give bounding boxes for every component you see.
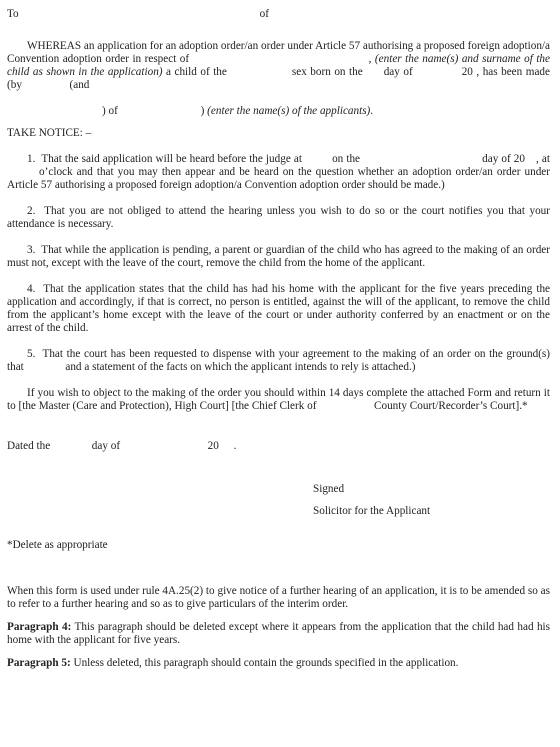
- text-run: of: [260, 8, 269, 20]
- delete-as-appropriate-note: *Delete as appropriate: [7, 539, 550, 552]
- text-run: Paragraph 4:: [7, 621, 71, 633]
- text-run: day of 20: [479, 153, 528, 165]
- dated-line: Dated the day of 20 .: [7, 440, 550, 453]
- text-run: Signed: [313, 483, 344, 495]
- rule-note: When this form is used under rule 4A.25(…: [7, 585, 550, 611]
- text-run: Dated the: [7, 440, 53, 452]
- notice-item-3: 3. That while the application is pending…: [7, 244, 550, 270]
- text-run: .: [370, 105, 373, 117]
- text-run: day of: [380, 66, 416, 78]
- text-run: .: [234, 440, 237, 452]
- text-run: , at: [536, 153, 550, 165]
- blank-field: [193, 61, 369, 62]
- objection-paragraph: If you wish to object to the making of t…: [7, 387, 550, 413]
- document-body: ToofWHEREAS an application for an adopti…: [7, 8, 550, 670]
- text-run: (and: [67, 79, 90, 91]
- text-run: ) of: [102, 105, 121, 117]
- text-run: 20: [205, 440, 222, 452]
- blank-field: [416, 74, 458, 75]
- blank-field: [123, 448, 205, 449]
- solicitor-line: Solicitor for the Applicant: [313, 505, 550, 518]
- blank-field: [19, 16, 260, 17]
- text-run: County Court/Recorder’s Court].*: [371, 400, 527, 412]
- blank-field: [305, 161, 329, 162]
- notice-item-4: 4. That the application states that the …: [7, 283, 550, 335]
- text-run: sex born on the: [288, 66, 366, 78]
- text-run: on the: [329, 153, 363, 165]
- blank-field: [366, 74, 380, 75]
- blank-field: [7, 174, 35, 175]
- text-run: Solicitor for the Applicant: [313, 505, 430, 517]
- text-run: day of: [89, 440, 123, 452]
- notice-item-2: 2. That you are not obliged to attend th…: [7, 205, 550, 231]
- whereas-paragraph: WHEREAS an application for an adoption o…: [7, 40, 550, 92]
- text-run: *Delete as appropriate: [7, 539, 108, 551]
- text-run: Unless deleted, this paragraph should co…: [71, 657, 459, 669]
- text-run: 1. That the said application will be hea…: [27, 153, 305, 165]
- blank-field: [121, 113, 201, 114]
- text-run: o’clock and that you may then appear and…: [7, 166, 550, 191]
- blank-field: [363, 161, 479, 162]
- notice-item-1: 1. That the said application will be hea…: [7, 153, 550, 192]
- text-run: TAKE NOTICE: –: [7, 127, 91, 139]
- to-line: Toof: [7, 8, 550, 21]
- text-run: 4. That the application states that the …: [7, 283, 550, 334]
- blank-field: [230, 74, 288, 75]
- blank-field: [319, 408, 371, 409]
- text-run: This paragraph should be deleted except …: [7, 621, 550, 646]
- paragraph-4-note: Paragraph 4: This paragraph should be de…: [7, 621, 550, 647]
- paragraph-5-note: Paragraph 5: Unless deleted, this paragr…: [7, 657, 550, 670]
- blank-field: [27, 369, 63, 370]
- take-notice-heading: TAKE NOTICE: –: [7, 127, 550, 140]
- text-run: 2. That you are not obliged to attend th…: [7, 205, 550, 230]
- text-run: and a statement of the facts on which th…: [63, 361, 416, 373]
- signed-line: Signed: [313, 483, 550, 496]
- blank-field: [25, 87, 67, 88]
- document-page: ToofWHEREAS an application for an adopti…: [0, 0, 560, 747]
- text-run: To: [7, 8, 19, 20]
- text-run: Paragraph 5:: [7, 657, 71, 669]
- text-run: a child of the: [163, 66, 231, 78]
- blank-field: [222, 448, 234, 449]
- notice-item-5: 5. That the court has been requested to …: [7, 348, 550, 374]
- blank-field: [53, 448, 89, 449]
- text-run: When this form is used under rule 4A.25(…: [7, 585, 550, 610]
- text-run: (enter the name(s) of the applicants): [207, 105, 370, 117]
- text-run: 3. That while the application is pending…: [7, 244, 550, 269]
- blank-field: [528, 161, 536, 162]
- applicants-line: ) of ) (enter the name(s) of the applica…: [102, 105, 550, 118]
